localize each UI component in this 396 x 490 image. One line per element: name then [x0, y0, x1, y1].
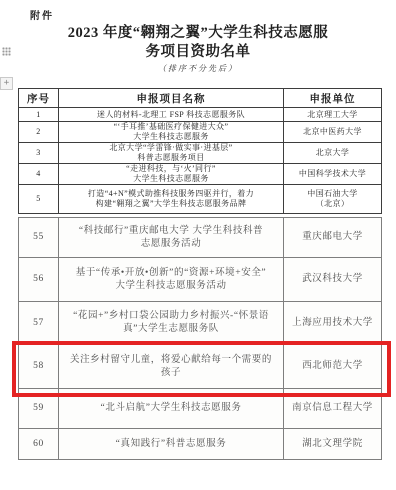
col-header-no: 序号 [19, 89, 59, 108]
row-no: 60 [19, 429, 59, 460]
row-no: 57 [19, 302, 59, 345]
table-header-row: 序号 申报项目名称 申报单位 [19, 89, 382, 108]
table-row: 4 “走进科技，与‘火’同行” 大学生科技志愿服务 中国科学技术大学 [19, 164, 382, 185]
table-row: 5 打造“4+N”模式助推科技服务四驱并行，着力 构建“翱翔之翼”大学生科技志愿… [19, 185, 382, 214]
funding-table-bottom: 55 “科技邮行”重庆邮电大学 大学生科技科普 志愿服务活动 重庆邮电大学 56… [18, 217, 382, 460]
row-project: 北京大学“学雷锋·做实事·进基层” 科普志愿服务项目 [59, 143, 284, 164]
table-row: 1 迷人的材料-北理工 FSP 科技志愿服务队 北京理工大学 [19, 108, 382, 122]
row-unit: 重庆邮电大学 [284, 218, 382, 258]
row-project: 基于“传承•开放•创新”的“资源+环境+安全” 大学生科技志愿服务活动 [59, 258, 284, 302]
funding-table-top: 序号 申报项目名称 申报单位 1 迷人的材料-北理工 FSP 科技志愿服务队 北… [18, 88, 382, 214]
row-unit: 北京大学 [284, 143, 382, 164]
row-project: “科技邮行”重庆邮电大学 大学生科技科普 志愿服务活动 [59, 218, 284, 258]
row-unit: 中国石油大学 （北京） [284, 185, 382, 214]
table-row: 60 “真知践行”科普志愿服务 湖北文理学院 [19, 429, 382, 460]
row-unit: 湖北文理学院 [284, 429, 382, 460]
table-row: 2 “‘手耳推’基础医疗保健进大众” 大学生科技志愿服务 北京中医药大学 [19, 122, 382, 143]
row-no: 56 [19, 258, 59, 302]
row-project: “花园+”乡村口袋公园助力乡村振兴-“怀景语 真”大学生志愿服务队 [59, 302, 284, 345]
col-header-unit: 申报单位 [284, 89, 382, 108]
document-page: 附件 2023 年度“翱翔之翼”大学生科技志愿服 务项目资助名单 （排序不分先后… [0, 0, 396, 490]
row-unit: 北京理工大学 [284, 108, 382, 122]
table-row: 3 北京大学“学雷锋·做实事·进基层” 科普志愿服务项目 北京大学 [19, 143, 382, 164]
document-title: 2023 年度“翱翔之翼”大学生科技志愿服 务项目资助名单 [0, 24, 396, 62]
row-unit: 中国科学技术大学 [284, 164, 382, 185]
row-project: 打造“4+N”模式助推科技服务四驱并行，着力 构建“翱翔之翼”大学生科技志愿服务… [59, 185, 284, 214]
row-unit: 上海应用技术大学 [284, 302, 382, 345]
col-header-project: 申报项目名称 [59, 89, 284, 108]
table-move-handle-icon[interactable]: + [0, 77, 13, 90]
row-project: 迷人的材料-北理工 FSP 科技志愿服务队 [59, 108, 284, 122]
row-no: 5 [19, 185, 59, 214]
row-unit: 武汉科技大学 [284, 258, 382, 302]
row-no: 4 [19, 164, 59, 185]
attachment-label: 附件 [30, 7, 54, 22]
row-no: 1 [19, 108, 59, 122]
table-row: 57 “花园+”乡村口袋公园助力乡村振兴-“怀景语 真”大学生志愿服务队 上海应… [19, 302, 382, 345]
red-highlight-box [12, 341, 391, 397]
row-no: 3 [19, 143, 59, 164]
table-row: 55 “科技邮行”重庆邮电大学 大学生科技科普 志愿服务活动 重庆邮电大学 [19, 218, 382, 258]
table-row: 56 基于“传承•开放•创新”的“资源+环境+安全” 大学生科技志愿服务活动 武… [19, 258, 382, 302]
row-no: 55 [19, 218, 59, 258]
document-subtitle: （排序不分先后） [0, 63, 396, 74]
paragraph-drag-dots-icon[interactable] [2, 47, 11, 56]
row-unit: 北京中医药大学 [284, 122, 382, 143]
row-project: “真知践行”科普志愿服务 [59, 429, 284, 460]
row-project: “‘手耳推’基础医疗保健进大众” 大学生科技志愿服务 [59, 122, 284, 143]
row-no: 2 [19, 122, 59, 143]
row-project: “走进科技，与‘火’同行” 大学生科技志愿服务 [59, 164, 284, 185]
